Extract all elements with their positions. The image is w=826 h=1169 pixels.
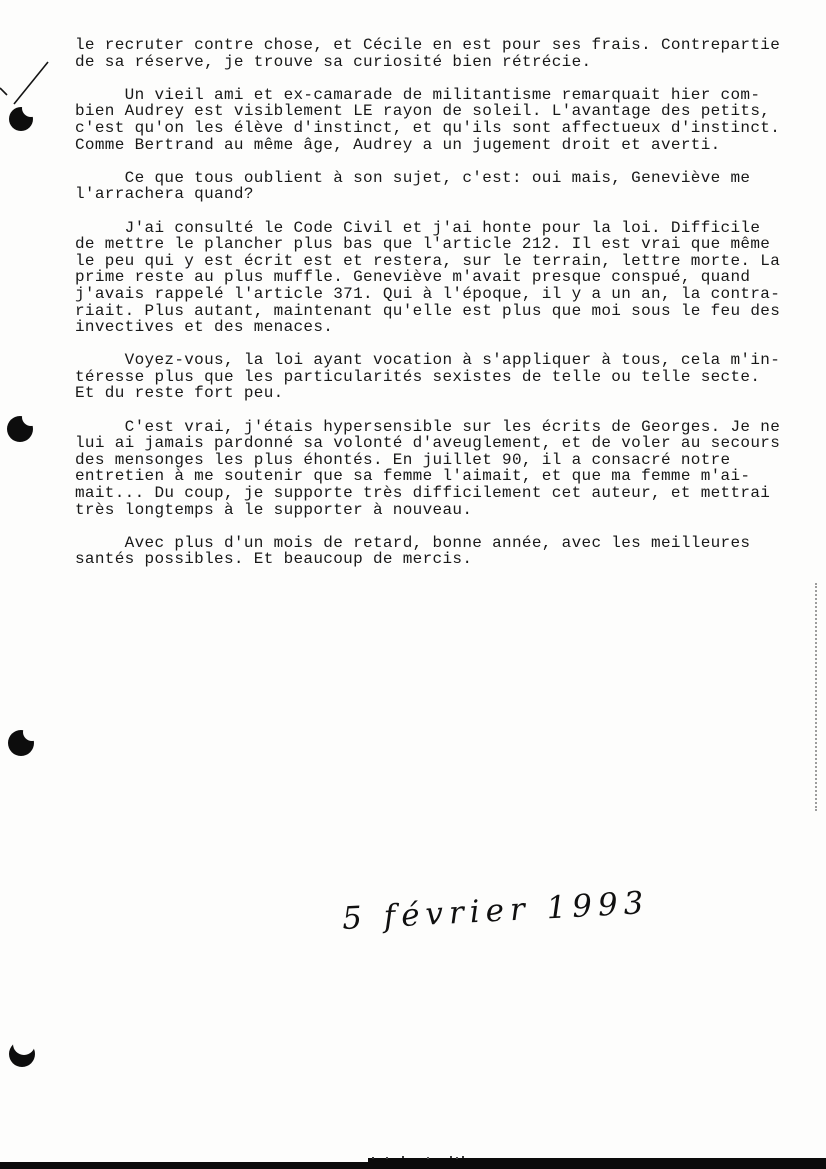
text-line: de sa réserve, je trouve sa curiosité bi… xyxy=(75,54,805,71)
paragraph: Avec plus d'un mois de retard, bonne ann… xyxy=(75,535,805,568)
text-line: Et du reste fort peu. xyxy=(75,385,805,402)
text-line: Voyez-vous, la loi ayant vocation à s'ap… xyxy=(75,352,805,369)
text-line: c'est qu'on les élève d'instinct, et qu'… xyxy=(75,120,805,137)
text-line: très longtemps à le supporter à nouveau. xyxy=(75,502,805,519)
text-line: Un vieil ami et ex-camarade de militanti… xyxy=(75,87,805,104)
text-line: des mensonges les plus éhontés. En juill… xyxy=(75,452,805,469)
scan-artifact-dots xyxy=(815,583,817,811)
text-line: C'est vrai, j'étais hypersensible sur le… xyxy=(75,419,805,436)
text-line: riait. Plus autant, maintenant qu'elle e… xyxy=(75,303,805,320)
text-line: prime reste au plus muffle. Geneviève m'… xyxy=(75,269,805,286)
ink-blot-icon xyxy=(6,1038,40,1072)
text-line: mait... Du coup, je supporte très diffic… xyxy=(75,485,805,502)
text-line: téresse plus que les particularités sexi… xyxy=(75,369,805,386)
scan-artifact-speckles xyxy=(372,1157,374,1159)
scan-artifact-bottom-bar-thick xyxy=(368,1158,826,1169)
text-line: de mettre le plancher plus bas que l'art… xyxy=(75,236,805,253)
paragraph: J'ai consulté le Code Civil et j'ai hont… xyxy=(75,220,805,336)
text-line: Avec plus d'un mois de retard, bonne ann… xyxy=(75,535,805,552)
ink-blot-icon xyxy=(8,102,38,134)
paragraph: Voyez-vous, la loi ayant vocation à s'ap… xyxy=(75,352,805,402)
text-line: Ce que tous oublient à son sujet, c'est:… xyxy=(75,170,805,187)
text-line: le peu qui y est écrit est et restera, s… xyxy=(75,253,805,270)
text-line: l'arrachera quand? xyxy=(75,186,805,203)
text-line: entretien à me soutenir que sa femme l'a… xyxy=(75,468,805,485)
letter-body: le recruter contre chose, et Cécile en e… xyxy=(75,37,805,585)
handwritten-date: 5 février 1993 xyxy=(341,885,650,937)
scanned-letter-page: le recruter contre chose, et Cécile en e… xyxy=(0,0,826,1169)
text-line: lui ai jamais pardonné sa volonté d'aveu… xyxy=(75,435,805,452)
paragraph: C'est vrai, j'étais hypersensible sur le… xyxy=(75,419,805,519)
ink-blot-icon xyxy=(6,725,40,759)
text-line: bien Audrey est visiblement LE rayon de … xyxy=(75,103,805,120)
text-line: le recruter contre chose, et Cécile en e… xyxy=(75,37,805,54)
text-line: Comme Bertrand au même âge, Audrey a un … xyxy=(75,137,805,154)
text-line: J'ai consulté le Code Civil et j'ai hont… xyxy=(75,220,805,237)
paragraph: le recruter contre chose, et Cécile en e… xyxy=(75,37,805,70)
text-line: invectives et des menaces. xyxy=(75,319,805,336)
paragraph: Un vieil ami et ex-camarade de militanti… xyxy=(75,87,805,153)
ink-blot-icon xyxy=(6,411,38,445)
text-line: santés possibles. Et beaucoup de mercis. xyxy=(75,551,805,568)
paragraph: Ce que tous oublient à son sujet, c'est:… xyxy=(75,170,805,203)
text-line: j'avais rappelé l'article 371. Qui à l'é… xyxy=(75,286,805,303)
